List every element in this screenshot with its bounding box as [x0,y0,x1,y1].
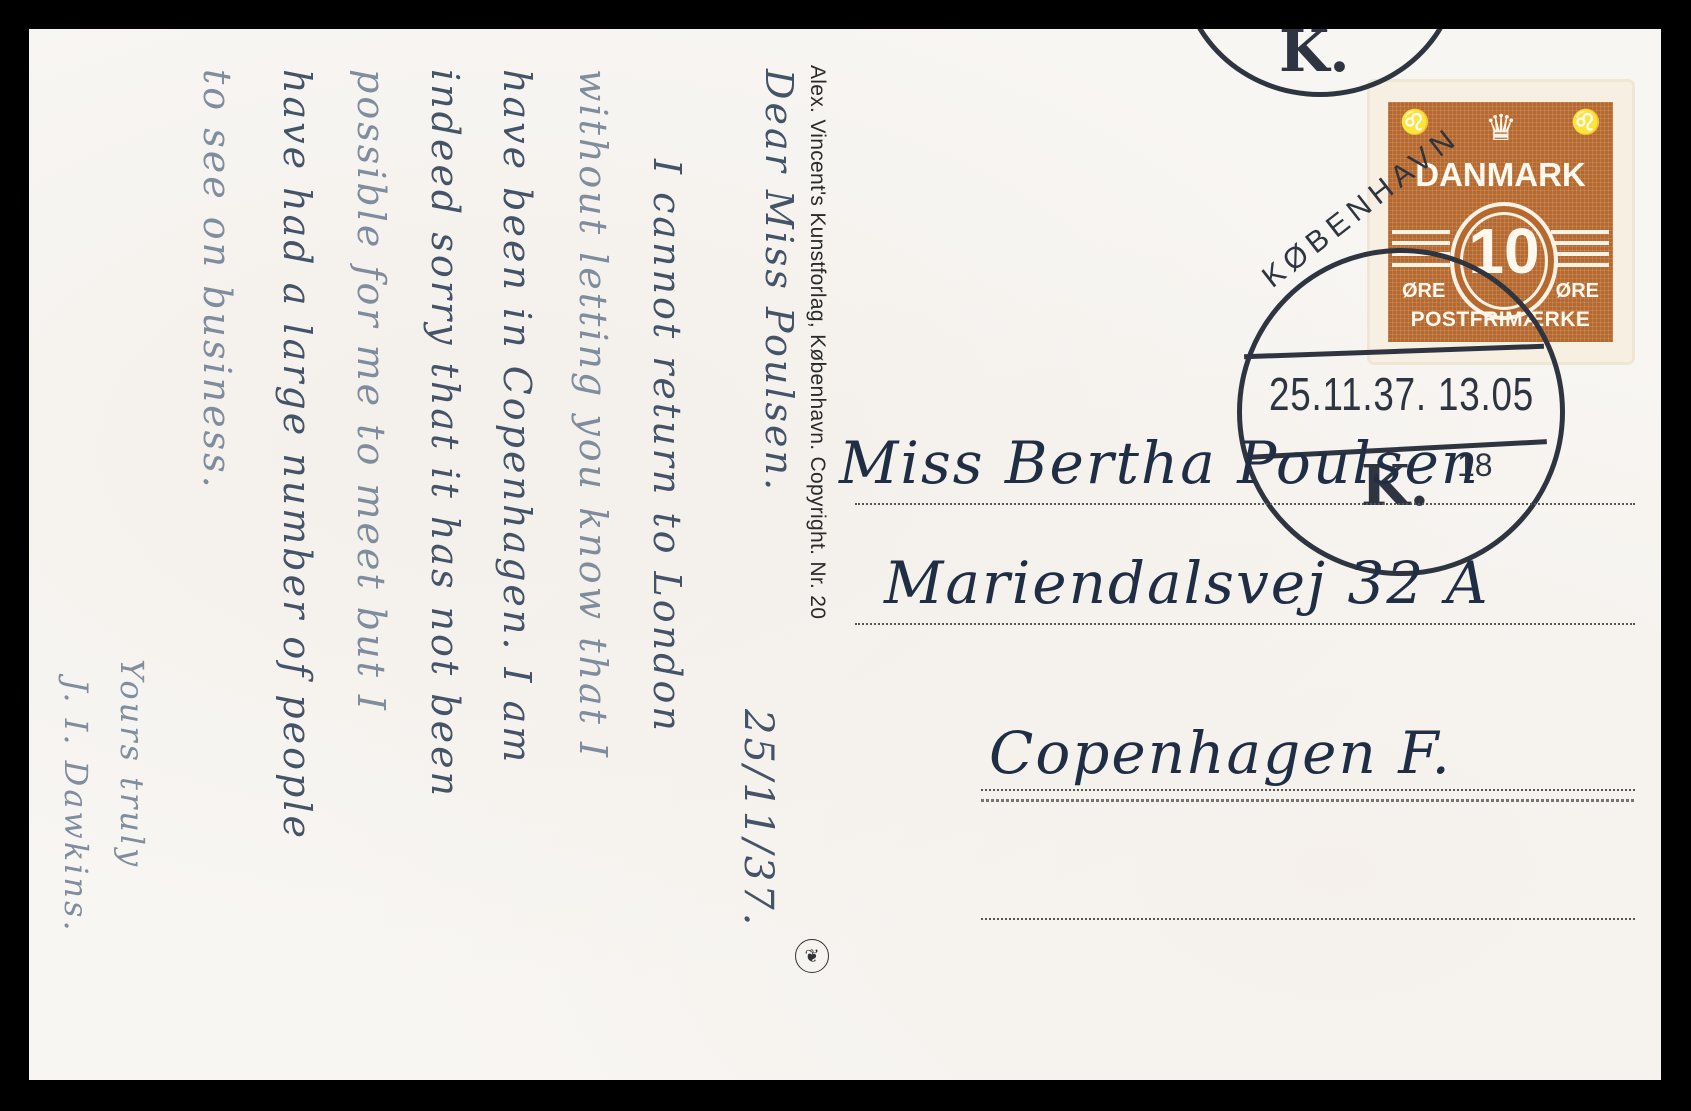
message-date: 25/11/37. [735,709,781,928]
address-street: Mariendalsvej 32 A [884,549,1490,617]
address-line-1-rule [855,503,1635,505]
message-line-5: possible for me to meet but I [349,69,393,713]
crown-icon: ♛ [1472,108,1530,148]
postcard: Dear Miss Poulsen. 25/11/37. I cannot re… [29,29,1661,1080]
message-line-4: indeed sorry that it has not been [423,69,467,799]
message-line-1: I cannot return to London [645,159,689,734]
wave-lines-right [1551,230,1609,270]
postmark-datetime: 25.11.37. 13.05 [1269,367,1534,421]
message-salutation: Dear Miss Poulsen. [757,69,801,493]
address-recipient: Miss Bertha Poulsen [839,429,1480,497]
message-line-2: without letting you know that I [571,69,615,760]
address-line-4-rule [981,918,1635,920]
message-line-3: have been in Copenhagen. I am [495,69,539,765]
message-signature: J. I. Dawkins. [57,679,95,934]
lion-icon: ♌ [1563,108,1609,138]
publisher-monogram-icon: ❦ [795,939,829,973]
postmark-upper-office: K. [1279,29,1350,85]
stamp-unit-right: ØRE [1556,280,1599,303]
address-line-3-double-rule [981,799,1635,802]
address-line-3-rule [981,789,1635,791]
message-line-6: have had a large number of people [275,69,319,841]
publisher-imprint: Alex. Vincent's Kunstforlag, København. … [805,65,829,619]
message-line-7: to see on business. [195,69,239,491]
message-closing: Yours truly [113,659,151,869]
address-line-2-rule [855,623,1635,625]
address-city: Copenhagen F. [989,719,1452,787]
